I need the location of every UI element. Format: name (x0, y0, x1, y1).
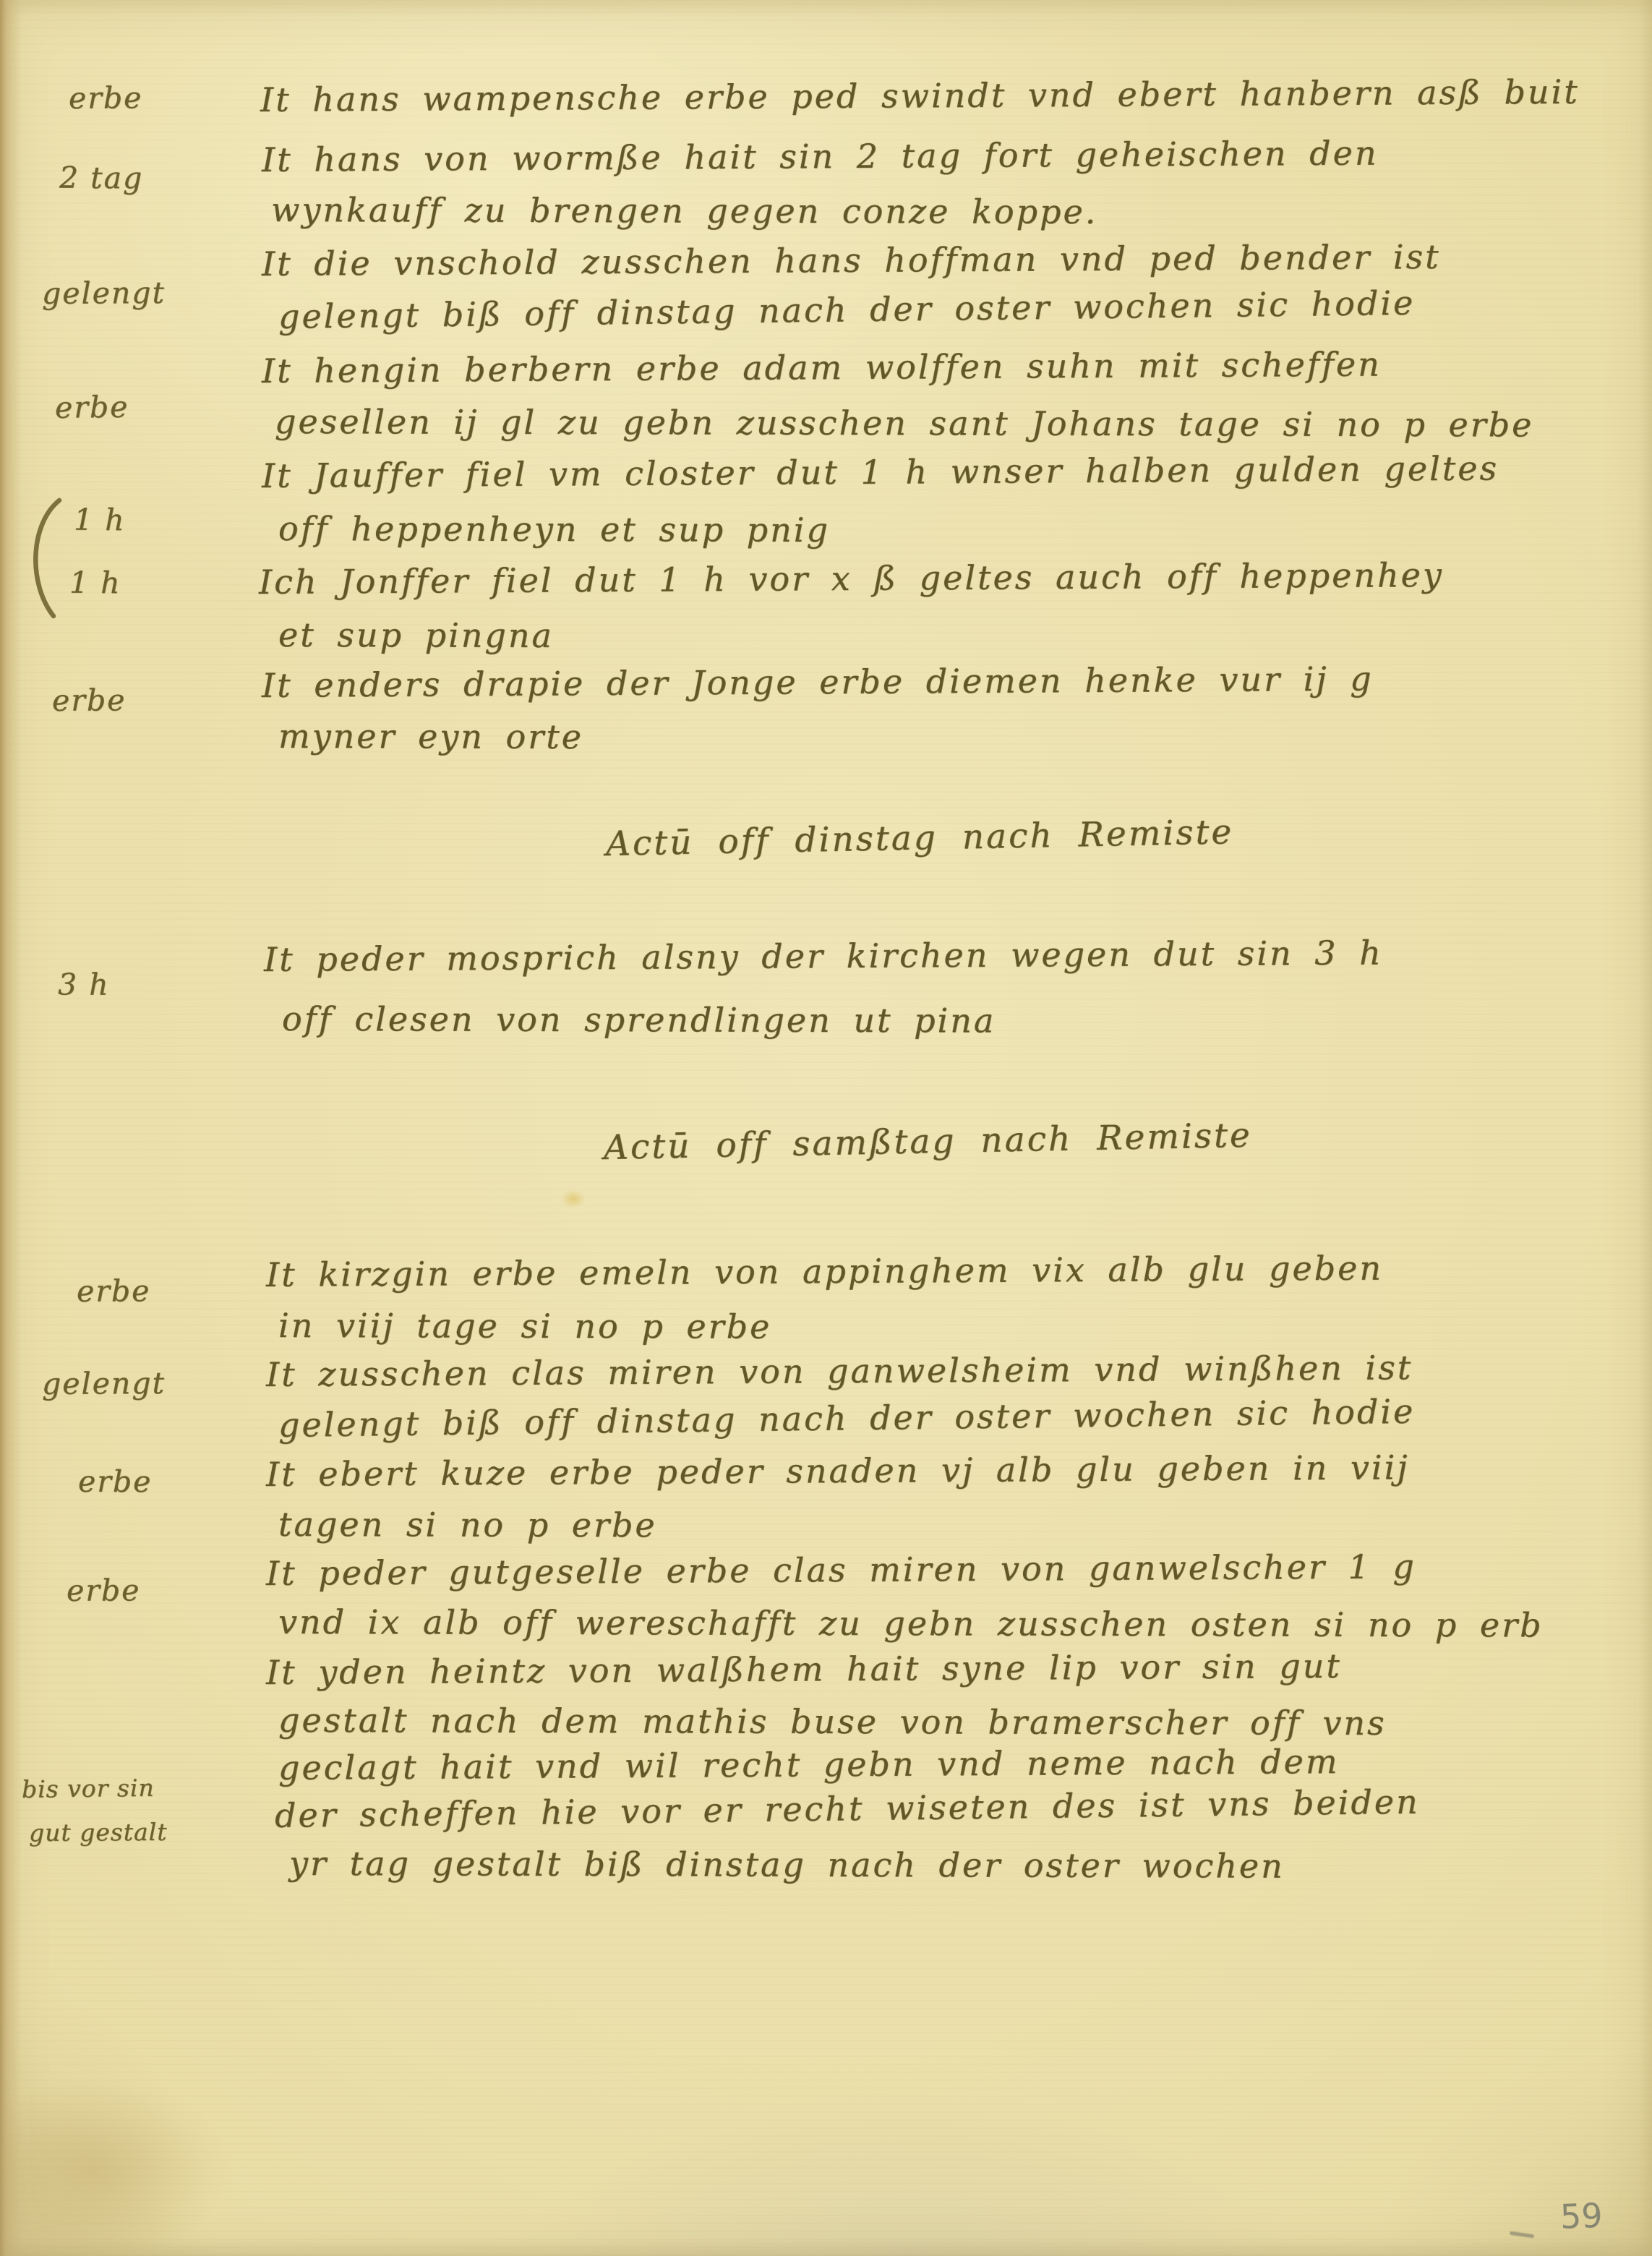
entry-line: It peder gutgeselle erbe clas miren von … (266, 1547, 1416, 1593)
entry-line: wynkauff zu brengen gegen conze koppe. (271, 190, 1097, 231)
section-heading: Actū off dinstag nach Remiste (605, 812, 1233, 864)
margin-note: bis vor sin (22, 1774, 155, 1803)
margin-bracket (20, 496, 67, 620)
entry-line: It hans wampensche erbe ped swindt vnd e… (260, 72, 1580, 119)
entry-line: der scheffen hie vor er recht wiseten de… (275, 1782, 1420, 1835)
entry-line: It enders drapie der Jonge erbe diemen h… (262, 659, 1374, 705)
entry-line: It peder mosprich alsny der kirchen wege… (264, 933, 1383, 979)
pencil-mark (1510, 2231, 1534, 2239)
entry-line: off clesen von sprendlingen ut pina (282, 999, 996, 1041)
page-number: 59 (1559, 2196, 1603, 2236)
manuscript-page: erbe 2 tag gelengt erbe 1 h 1 h erbe It … (0, 0, 1652, 2256)
margin-note: gelengt (42, 275, 166, 311)
entry-line: Ich Jonffer fiel dut 1 h vor x ß geltes … (259, 555, 1444, 602)
entry-line: It kirzgin erbe emeln von appinghem vix … (266, 1249, 1383, 1294)
entry-line: It die vnschold zusschen hans hoffman vn… (262, 237, 1441, 283)
entry-line: It ebert kuze erbe peder snaden vj alb g… (266, 1448, 1410, 1494)
entry-line: off heppenheyn et sup pnig (278, 509, 830, 550)
entry-line: gelengt biß off dinstag nach der oster w… (278, 283, 1416, 336)
entry-line: et sup pingna (278, 615, 554, 655)
entry-line: geclagt hait vnd wil recht gebn vnd neme… (278, 1742, 1340, 1787)
margin-note: 1 h (69, 565, 121, 600)
margin-note: 3 h (58, 967, 110, 1002)
entry-line: It hengin berbern erbe adam wolffen suhn… (262, 345, 1382, 390)
entry-line: It yden heintz von walßhem hait syne lip… (266, 1646, 1342, 1692)
entry-line: It Jauffer fiel vm closter dut 1 h wnser… (262, 449, 1499, 495)
margin-note: erbe (78, 1464, 153, 1499)
entry-line: gestalt nach dem mathis buse von bramers… (278, 1701, 1387, 1743)
margin-note: erbe (52, 683, 127, 718)
entry-line: myner eyn orte (278, 717, 583, 756)
entry-line: in viij tage si no p erbe (278, 1306, 771, 1346)
margin-note: 1 h (74, 503, 126, 537)
margin-note: erbe (55, 390, 129, 425)
entry-line: yr tag gestalt biß dinstag nach der oste… (289, 1844, 1285, 1886)
entry-line: tagen si no p erbe (278, 1505, 657, 1544)
margin-note: gelengt (42, 1366, 166, 1401)
margin-note: erbe (77, 1273, 151, 1309)
section-heading: Actū off samßtag nach Remiste (603, 1116, 1252, 1168)
entry-line: vnd ix alb off wereschafft zu gebn zussc… (278, 1602, 1544, 1645)
entry-line: It zusschen clas miren von ganwelsheim v… (266, 1348, 1413, 1394)
margin-note: erbe (67, 1573, 141, 1608)
entry-line: It hans von wormße hait sin 2 tag fort g… (262, 134, 1379, 179)
margin-note: erbe (69, 80, 143, 116)
entry-line: gelengt biß off dinstag nach der oster w… (278, 1392, 1416, 1445)
margin-note: 2 tag (59, 161, 143, 195)
margin-note: gut gestalt (29, 1818, 168, 1847)
entry-line: gesellen ij gl zu gebn zusschen sant Joh… (275, 402, 1534, 445)
